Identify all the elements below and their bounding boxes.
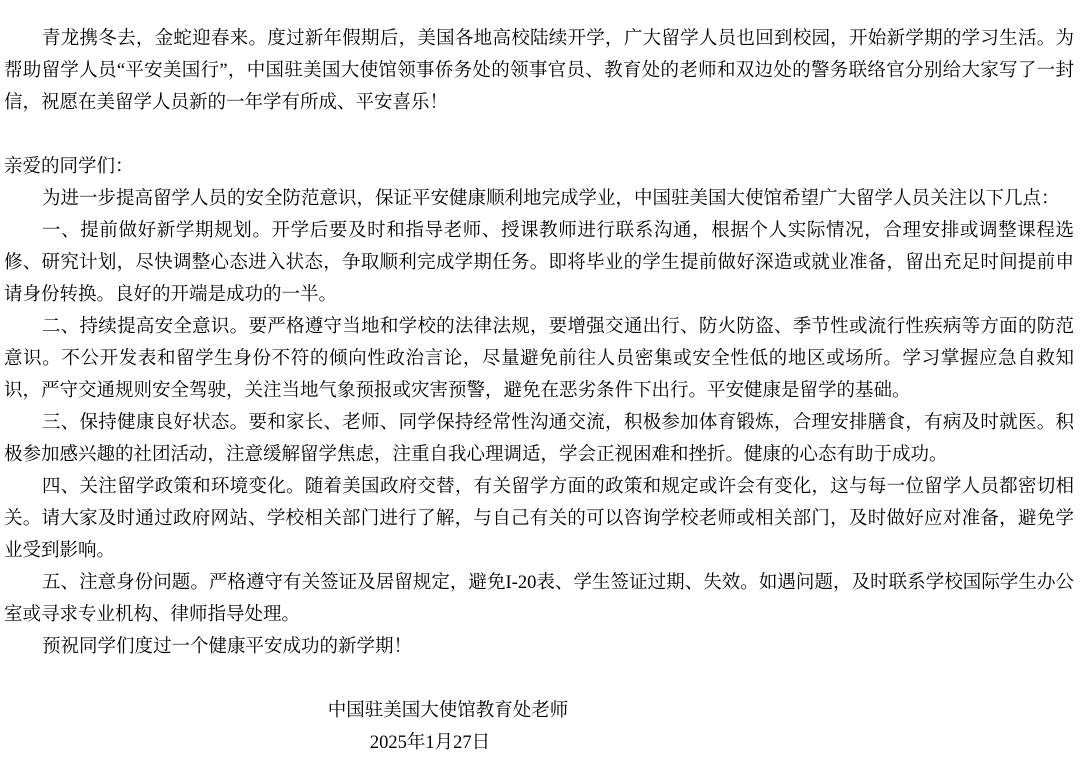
point-paragraph: 一、提前做好新学期规划。开学后要及时和指导老师、授课教师进行联系沟通，根据个人实…: [4, 215, 1074, 311]
closing-paragraph: 预祝同学们度过一个健康平安成功的新学期！: [4, 631, 1074, 663]
point-paragraph: 四、关注留学政策和环境变化。随着美国政府交替，有关留学方面的政策和规定或许会有变…: [4, 471, 1074, 567]
points-list: 一、提前做好新学期规划。开学后要及时和指导老师、授课教师进行联系沟通，根据个人实…: [4, 215, 1074, 631]
signature-line: 中国驻美国大使馆教育处老师: [4, 695, 892, 727]
point-paragraph: 三、保持健康良好状态。要和家长、老师、同学保持经常性沟通交流，积极参加体育锻炼，…: [4, 407, 1074, 471]
date-line: 2025年1月27日: [0, 727, 874, 759]
preamble-paragraph: 为进一步提高留学人员的安全防范意识，保证平安健康顺利地完成学业，中国驻美国大使馆…: [4, 183, 1074, 215]
letter-document: 青龙携冬去，金蛇迎春来。度过新年假期后，美国各地高校陆续开学，广大留学人员也回到…: [0, 0, 1080, 767]
signature-block: 中国驻美国大使馆教育处老师 2025年1月27日: [4, 695, 892, 759]
point-paragraph: 二、持续提高安全意识。要严格遵守当地和学校的法律法规，要增强交通出行、防火防盗、…: [4, 311, 1074, 407]
salutation: 亲爱的同学们：: [4, 151, 1074, 183]
point-paragraph: 五、注意身份问题。严格遵守有关签证及居留规定，避免I-20表、学生签证过期、失效…: [4, 567, 1074, 631]
intro-paragraph: 青龙携冬去，金蛇迎春来。度过新年假期后，美国各地高校陆续开学，广大留学人员也回到…: [4, 23, 1074, 119]
